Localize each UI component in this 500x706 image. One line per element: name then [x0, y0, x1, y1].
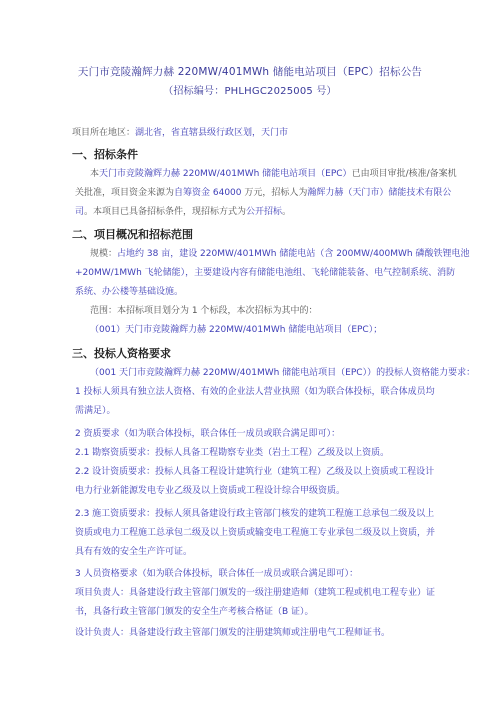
project-location: 项目所在地区：湖北省，省直辖县级行政区划，天门市 — [72, 127, 432, 139]
requirement-text: 书，具备行政主管部门颁发的安全生产考核合格证（B 证）。 — [75, 607, 314, 617]
text: 万元，招标人为 — [242, 188, 308, 198]
text: 已由项目审批/核准/备案机 — [352, 169, 457, 179]
location-value: 湖北省，省直辖县级行政区划，天门市 — [135, 128, 288, 138]
paragraph-line: 范围：本招标项目划分为 1 个标段，本次招标为其中的： — [90, 305, 450, 317]
paragraph-line: 1 投标人须具有独立法人资格、有效的企业法人营业执照（如为联合体投标，联合体成员… — [75, 386, 435, 398]
paragraph-line: （001 天门市竞陵瀚辉力赫 220MW/401MWh 储能电站项目（EPC））… — [90, 367, 450, 379]
paragraph-line: 2.3 施工资质要求：投标人须具备建设行政主管部门核发的建筑工程施工总承包二级及… — [75, 508, 435, 520]
requirement-text: 需满足）。 — [75, 406, 116, 416]
paragraph-line: 2.1 勘察资质要求：投标人具备工程勘察专业类（岩土工程）乙级及以上资质。 — [75, 447, 435, 459]
tenderer-name-end: 司 — [75, 207, 84, 217]
requirement-text: 电力行业新能源发电专业乙级及以上资质或工程设计综合甲级资质。 — [75, 486, 345, 496]
requirement-text: （001 天门市竞陵瀚辉力赫 220MW/401MWh 储能电站项目（EPC））… — [90, 368, 475, 378]
text: 。本项目已具备招标条件，现招标方式为 — [84, 207, 246, 217]
paragraph-line: 本天门市竞陵瀚辉力赫 220MW/401MWh 储能电站项目（EPC）已由项目审… — [90, 168, 450, 180]
paragraph-line: 关批准，项目资金来源为自筹资金 64000 万元，招标人为瀚辉力赫（天门市）储能… — [75, 187, 435, 199]
project-name: 天门市竞陵瀚辉力赫 220MW/401MWh 储能电站项目（EPC） — [99, 169, 352, 179]
paragraph-line: 需满足）。 — [75, 405, 435, 417]
document-page: 天门市竞陵瀚辉力赫 220MW/401MWh 储能电站项目（EPC）招标公告 （… — [0, 0, 500, 706]
tender-number: （招标编号：PHLHGC2025005 号） — [0, 82, 500, 97]
paragraph-line: 项目负责人：具备建设行政主管部门颁发的一级注册建造师（建筑工程或机电工程专业）证 — [75, 587, 435, 599]
text: 本 — [90, 169, 99, 179]
paragraph-line: 系统、办公楼等基础设施。 — [75, 286, 435, 298]
paragraph-line: 具有有效的安全生产许可证。 — [75, 546, 435, 558]
funding-source: 自筹资金 64000 — [174, 188, 242, 198]
paragraph-line: +20MW/1MWh 飞轮储能），主要建设内容有储能电池组、飞轮储能装备、电气控… — [75, 267, 435, 279]
section-heading-bidder-qualifications: 三、投标人资格要求 — [72, 345, 171, 361]
requirement-text: 项目负责人：具备建设行政主管部门颁发的一级注册建造师（建筑工程或机电工程专业）证 — [75, 588, 435, 598]
requirement-text: 3 人员资格要求（如为联合体投标，联合体任一成员或联合满足即可）： — [75, 569, 358, 579]
tenderer-name: 瀚辉力赫（天门市）储能技术有限公 — [307, 188, 451, 198]
requirement-text: 1 投标人须具有独立法人资格、有效的企业法人营业执照（如为联合体投标，联合体成员… — [75, 387, 435, 397]
paragraph-line: 资质或电力工程施工总承包二级及以上资质或输变电工程施工专业承包二级及以上资质，并 — [75, 527, 435, 539]
document-title: 天门市竞陵瀚辉力赫 220MW/401MWh 储能电站项目（EPC）招标公告 — [0, 64, 500, 79]
paragraph-line: 电力行业新能源发电专业乙级及以上资质或工程设计综合甲级资质。 — [75, 485, 435, 497]
requirement-text: 设计负责人：具备建设行政主管部门颁发的注册建筑师或注册电气工程师证书。 — [75, 628, 390, 638]
lot-name: （001）天门市竞陵瀚辉力赫 220MW/401MWh 储能电站项目（EPC）； — [90, 325, 382, 335]
location-label: 项目所在地区： — [72, 128, 135, 138]
text: 。 — [282, 207, 291, 217]
paragraph-line: 书，具备行政主管部门颁发的安全生产考核合格证（B 证）。 — [75, 606, 435, 618]
paragraph-line: （001）天门市竞陵瀚辉力赫 220MW/401MWh 储能电站项目（EPC）； — [90, 324, 450, 336]
paragraph-line: 设计负责人：具备建设行政主管部门颁发的注册建筑师或注册电气工程师证书。 — [75, 627, 435, 639]
tender-method: 公开招标 — [246, 207, 282, 217]
section-heading-project-overview: 二、项目概况和招标范围 — [72, 226, 193, 242]
text: 规模： — [90, 249, 117, 259]
paragraph-line: 2 资质要求（如为联合体投标，联合体任一成员或联合满足即可）： — [75, 428, 435, 440]
requirement-text: 2 资质要求（如为联合体投标，联合体任一成员或联合满足即可）： — [75, 429, 340, 439]
paragraph-line: 3 人员资格要求（如为联合体投标，联合体任一成员或联合满足即可）： — [75, 568, 435, 580]
requirement-text: 2.2 设计资质要求：投标人具备工程设计建筑行业（建筑工程）乙级及以上资质或工程… — [75, 467, 434, 477]
section-heading-bidding-conditions: 一、招标条件 — [72, 146, 138, 162]
project-scale: 系统、办公楼等基础设施。 — [75, 287, 183, 297]
paragraph-line: 规模：占地约 38 亩，建设 220MW/401MWh 储能电站（含 200MW… — [90, 248, 450, 260]
paragraph-line: 司。本项目已具备招标条件，现招标方式为公开招标。 — [75, 206, 435, 218]
text: 关批准，项目资金来源为 — [75, 188, 174, 198]
paragraph-line: 2.2 设计资质要求：投标人具备工程设计建筑行业（建筑工程）乙级及以上资质或工程… — [75, 466, 435, 478]
project-scale: 占地约 38 亩，建设 220MW/401MWh 储能电站（含 200MW/40… — [117, 249, 469, 259]
project-scale: +20MW/1MWh 飞轮储能），主要建设内容有储能电池组、飞轮储能装备、电气控… — [75, 268, 455, 278]
text: 范围：本招标项目划分为 1 个标段，本次招标为其中的： — [90, 306, 317, 316]
requirement-text: 2.3 施工资质要求：投标人须具备建设行政主管部门核发的建筑工程施工总承包二级及… — [75, 509, 434, 519]
requirement-text: 具有有效的安全生产许可证。 — [75, 547, 192, 557]
requirement-text: 资质或电力工程施工总承包二级及以上资质或输变电工程施工专业承包二级及以上资质，并 — [75, 528, 435, 538]
requirement-text: 2.1 勘察资质要求：投标人具备工程勘察专业类（岩土工程）乙级及以上资质。 — [75, 448, 389, 458]
